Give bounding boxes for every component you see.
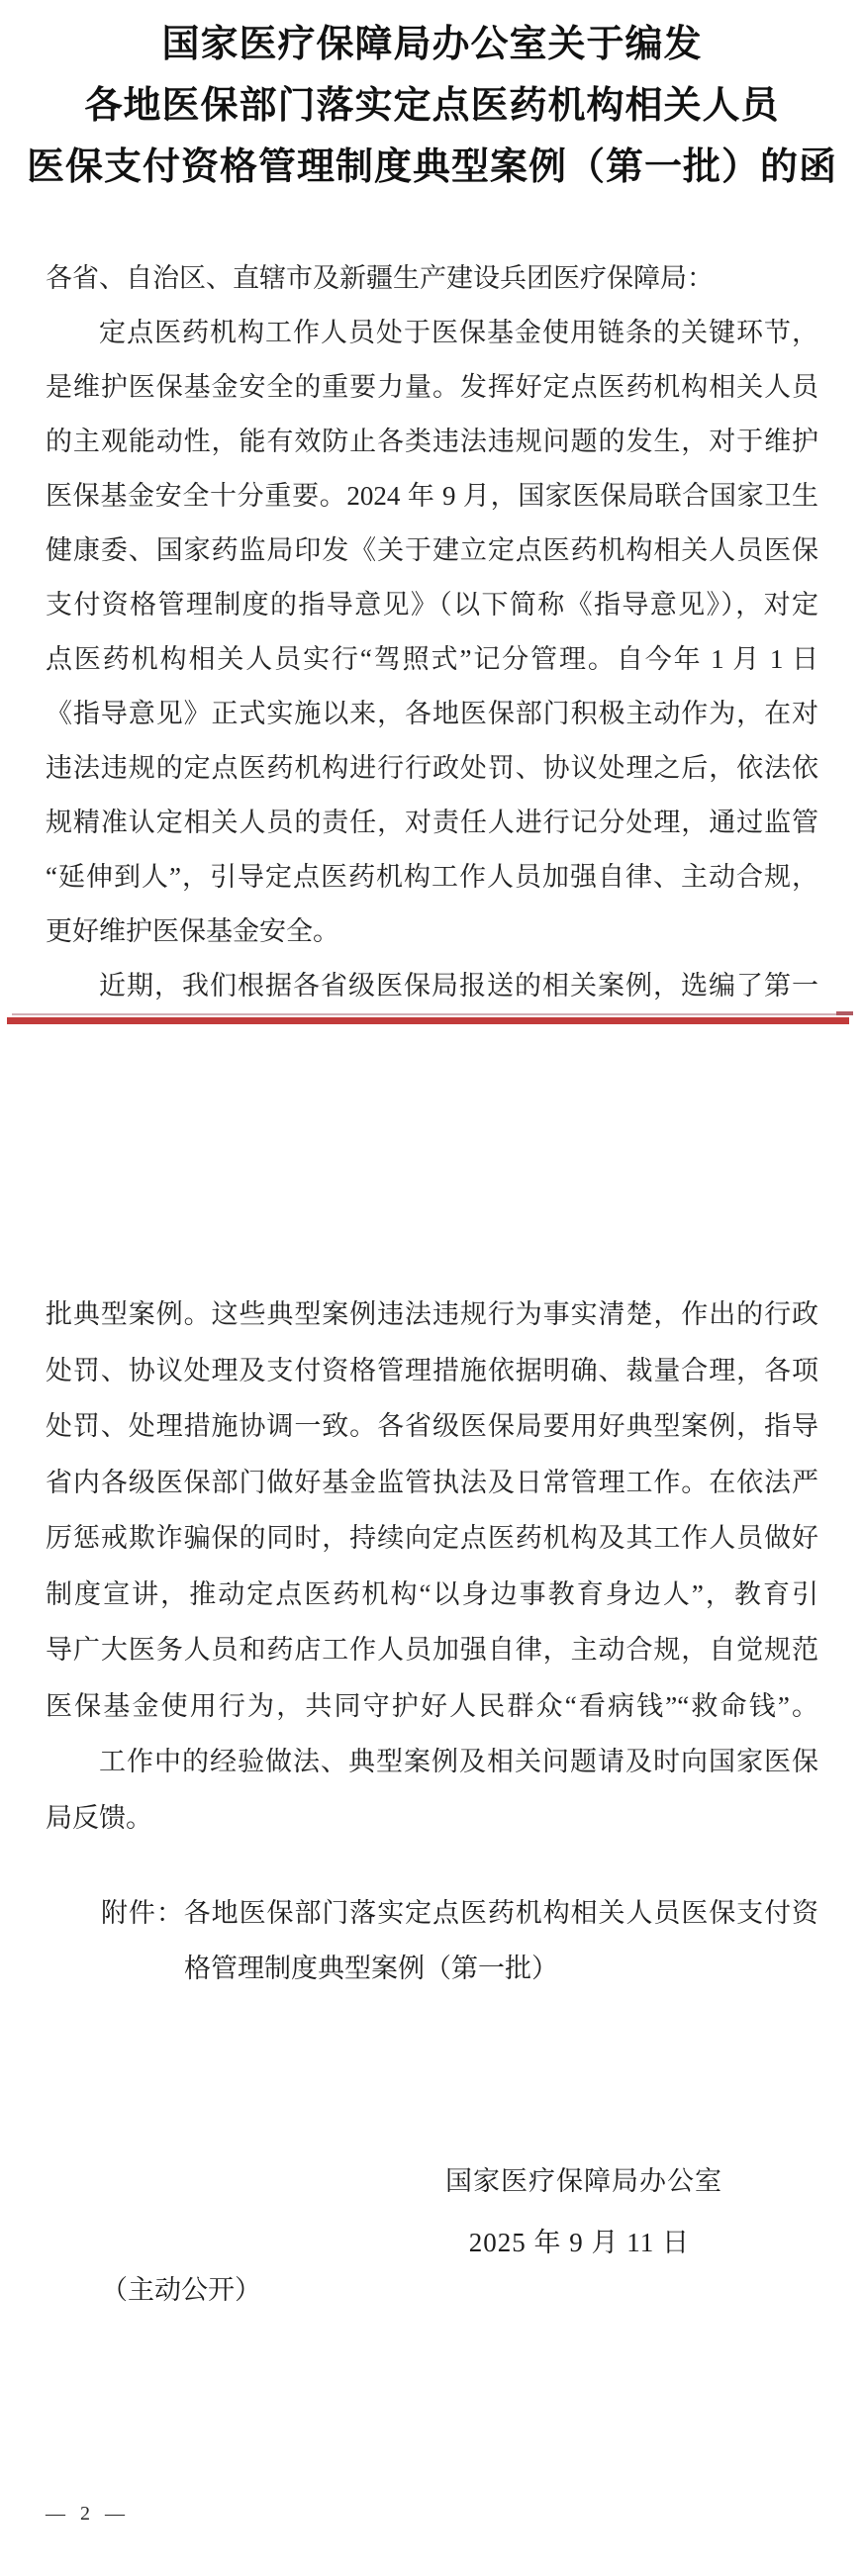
- document-title: 国家医疗保障局办公室关于编发各地医保部门落实定点医药机构相关人员医保支付资格管理…: [0, 14, 864, 198]
- text-line: 导广大医务人员和药店工作人员加强自律，主动合规，自觉规范: [46, 1622, 818, 1678]
- text-line: 《指导意见》正式实施以来，各地医保部门积极主动作为，在对: [46, 687, 818, 741]
- signature-block: 国家医疗保障局办公室 2025 年 9 月 11 日: [46, 2153, 818, 2270]
- title-line: 各地医保部门落实定点医药机构相关人员: [0, 75, 864, 137]
- text-line: 规精准认定相关人员的责任，对责任人进行记分处理，通过监管: [46, 796, 818, 850]
- title-line: 医保支付资格管理制度典型案例（第一批）的函: [0, 137, 864, 198]
- text-line: 支付资格管理制度的指导意见》（以下简称《指导意见》），对定: [46, 578, 818, 632]
- text-line: 厉惩戒欺诈骗保的同时，持续向定点医药机构及其工作人员做好: [46, 1510, 818, 1567]
- body-paragraph-2-page2: 批典型案例。这些典型案例违法违规行为事实清楚，作出的行政处罚、协议处理及支付资格…: [46, 1287, 818, 1734]
- text-line: 处罚、处理措施协调一致。各省级医保局要用好典型案例，指导: [46, 1398, 818, 1455]
- body-paragraph-3: 工作中的经验做法、典型案例及相关问题请及时向国家医保局反馈。: [46, 1734, 818, 1846]
- salutation-line: 各省、自治区、直辖市及新疆生产建设兵团医疗保障局：: [46, 251, 818, 306]
- text-line: 局反馈。: [46, 1790, 818, 1847]
- body-paragraph-1: 定点医药机构工作人员处于医保基金使用链条的关键环节，是维护医保基金安全的重要力量…: [46, 306, 818, 959]
- attachment-line-2: 格管理制度典型案例（第一批）: [46, 1941, 818, 1996]
- text-line: “延伸到人”，引导定点医药机构工作人员加强自律、主动合规，: [46, 850, 818, 905]
- text-line: 批典型案例。这些典型案例违法违规行为事实清楚，作出的行政: [46, 1287, 818, 1343]
- page-number: — 2 —: [46, 2502, 130, 2527]
- text-line: 省内各级医保部门做好基金监管执法及日常管理工作。在依法严: [46, 1455, 818, 1511]
- separator-line-tip: [836, 1011, 853, 1015]
- text-line: 制度宣讲，推动定点医药机构“以身边事教育身边人”，教育引: [46, 1567, 818, 1623]
- signature-office: 国家医疗保障局办公室: [46, 2153, 818, 2209]
- text-line: 健康委、国家药监局印发《关于建立定点医药机构相关人员医保: [46, 524, 818, 578]
- separator-thin-line: [12, 1013, 853, 1015]
- attachment-note: 附件：各地医保部门落实定点医药机构相关人员医保支付资 格管理制度典型案例（第一批…: [46, 1885, 818, 1996]
- text-line: 更好维护医保基金安全。: [46, 905, 818, 959]
- text-line: 定点医药机构工作人员处于医保基金使用链条的关键环节，: [46, 306, 818, 360]
- separator-thick-red-line: [7, 1017, 849, 1024]
- text-line: 点医药机构相关人员实行“驾照式”记分管理。自今年 1 月 1 日: [46, 632, 818, 687]
- text-line: 医保基金使用行为，共同守护好人民群众“看病钱”“救命钱”。: [46, 1678, 818, 1735]
- page1-body: 各省、自治区、直辖市及新疆生产建设兵团医疗保障局： 定点医药机构工作人员处于医保…: [46, 251, 818, 1013]
- body-paragraph-2-page1: 近期，我们根据各省级医保局报送的相关案例，选编了第一: [46, 959, 818, 1013]
- text-line: 的主观能动性，能有效防止各类违法违规问题的发生，对于维护: [46, 415, 818, 469]
- text-line: 是维护医保基金安全的重要力量。发挥好定点医药机构相关人员: [46, 360, 818, 415]
- text-line: 工作中的经验做法、典型案例及相关问题请及时向国家医保: [46, 1734, 818, 1790]
- text-line: 近期，我们根据各省级医保局报送的相关案例，选编了第一: [46, 959, 818, 1013]
- title-line: 国家医疗保障局办公室关于编发: [0, 14, 864, 75]
- document-page: 国家医疗保障局办公室关于编发各地医保部门落实定点医药机构相关人员医保支付资格管理…: [0, 0, 864, 2576]
- text-line: 医保基金安全十分重要。2024 年 9 月，国家医保局联合国家卫生: [46, 469, 818, 524]
- attachment-line-1: 附件：各地医保部门落实定点医药机构相关人员医保支付资: [46, 1885, 818, 1941]
- text-line: 处罚、协议处理及支付资格管理措施依据明确、裁量合理，各项: [46, 1343, 818, 1399]
- text-line: 违法违规的定点医药机构进行行政处罚、协议处理之后，依法依: [46, 741, 818, 796]
- page2-body: 批典型案例。这些典型案例违法违规行为事实清楚，作出的行政处罚、协议处理及支付资格…: [46, 1287, 818, 1846]
- disclosure-note: （主动公开）: [46, 2262, 818, 2318]
